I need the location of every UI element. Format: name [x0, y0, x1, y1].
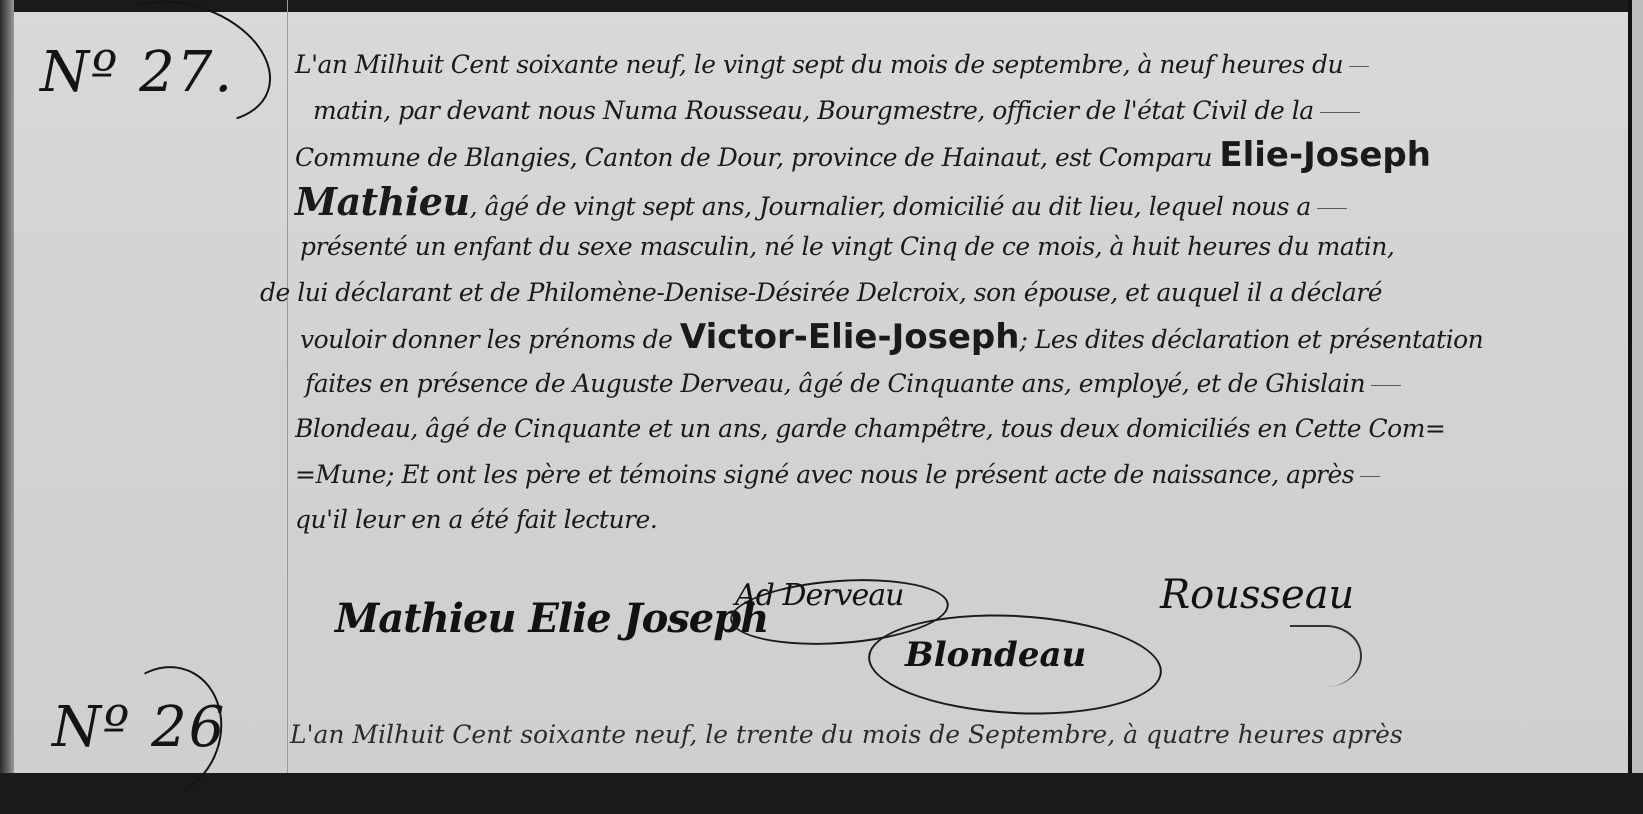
act-line-text: qu'il leur en a été fait lecture. [295, 505, 657, 534]
act-line-10: =Mune; Et ont les père et témoins signé … [295, 452, 1620, 498]
margin-rule [287, 0, 288, 773]
act-line-text: =Mune; Et ont les père et témoins signé … [295, 460, 1354, 489]
act-line-text: L'an Milhuit Cent soixante neuf, le ving… [295, 50, 1343, 79]
act-line-11: qu'il leur en a été fait lecture. [295, 497, 1620, 543]
act-line-text: faites en présence de Auguste Derveau, â… [305, 369, 1365, 398]
father-given-names: Elie-Joseph [1219, 135, 1431, 175]
act-line-text: présenté un enfant du sexe masculin, né … [300, 232, 1394, 261]
father-surname: Mathieu [295, 179, 470, 224]
line-filler [1371, 385, 1401, 386]
child-given-names: Victor-Elie-Joseph [680, 317, 1020, 357]
act-line-4: Mathieu, âgé de vingt sept ans, Journali… [295, 179, 1620, 225]
entry-number-26: Nº 26 [52, 695, 226, 760]
page-top-edge [14, 6, 1629, 12]
line-filler [1360, 476, 1380, 477]
act-line-1: L'an Milhuit Cent soixante neuf, le ving… [295, 42, 1620, 88]
line-filler [1349, 66, 1369, 67]
act-line-5: présenté un enfant du sexe masculin, né … [295, 224, 1620, 270]
act-line-6: de lui déclarant et de Philomène-Denise-… [260, 270, 1620, 316]
book-binding-edge [0, 0, 14, 773]
act-line-text: Blondeau, âgé de Cinquante et un ans, ga… [295, 414, 1445, 443]
act-line-text: matin, par devant nous Numa Rousseau, Bo… [313, 96, 1314, 125]
entry-number-27: Nº 27. [40, 40, 234, 105]
right-page-strip [1632, 0, 1643, 773]
next-act-first-line: L'an Milhuit Cent soixante neuf, le tren… [290, 712, 1625, 757]
act-line-text: ; Les dites déclaration et présentation [1019, 325, 1483, 354]
line-filler [1317, 208, 1347, 209]
act-line-8: faites en présence de Auguste Derveau, â… [295, 361, 1620, 407]
act-line-2: matin, par devant nous Numa Rousseau, Bo… [295, 88, 1620, 134]
act-line-text: de lui déclarant et de Philomène-Denise-… [260, 278, 1382, 307]
line-filler [1320, 112, 1360, 113]
act-line-9: Blondeau, âgé de Cinquante et un ans, ga… [295, 406, 1620, 452]
act-line-7: vouloir donner les prénoms de Victor-Eli… [295, 315, 1620, 361]
act-line-text: , âgé de vingt sept ans, Journalier, dom… [470, 192, 1311, 221]
act-line-3: Commune de Blangies, Canton de Dour, pro… [295, 133, 1620, 179]
act-line-text: Commune de Blangies, Canton de Dour, pro… [295, 143, 1212, 172]
birth-act-text: L'an Milhuit Cent soixante neuf, le ving… [295, 42, 1620, 543]
act-line-text: vouloir donner les prénoms de [300, 325, 672, 354]
